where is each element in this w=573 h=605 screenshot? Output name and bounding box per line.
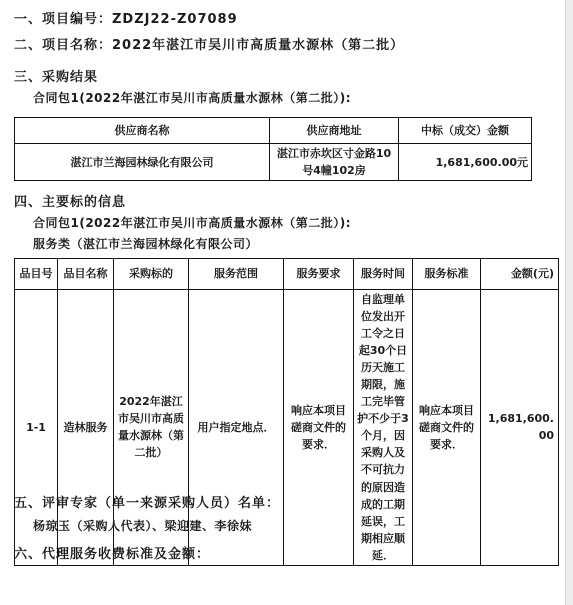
- service-time-cell: 自监理单位发出开工令之日起30个日历天施工期限，施工完毕管护不少于3个月，因采购…: [354, 290, 413, 566]
- service-category-line: 服务类（湛江市兰海园林绿化有限公司）: [33, 235, 258, 252]
- amount-header: 金额(元): [481, 259, 559, 290]
- amount-cell: 1,681,600.00: [481, 290, 559, 566]
- service-scope-header: 服务范围: [189, 259, 284, 290]
- subject-table-header-row: 品目号 品目名称 采购标的 服务范围 服务要求 服务时间 服务标准 金额(元): [15, 259, 559, 290]
- service-standard-header: 服务标准: [413, 259, 481, 290]
- service-time-header: 服务时间: [354, 259, 413, 290]
- section-project-number: 一、项目编号：ZDZJ22-Z07089: [14, 8, 238, 27]
- contract-package-line-2: 合同包1(2022年湛江市吴川市高质量水源林（第二批）):: [33, 214, 351, 231]
- section-main-subject-info: 四、主要标的信息: [14, 191, 126, 210]
- supplier-table-header-row: 供应商名称 供应商地址 中标（成交）金额: [15, 118, 532, 144]
- item-name-header: 品目名称: [58, 259, 114, 290]
- section-agency-fee-title: 六、代理服务收费标准及金额：: [14, 543, 210, 562]
- service-requirement-cell: 响应本项目磋商文件的要求．: [284, 290, 354, 566]
- supplier-address-cell: 湛江市赤坎区寸金路10号4幢102房: [270, 144, 399, 181]
- section-procurement-result: 三、采购结果: [14, 66, 98, 85]
- supplier-table-row: 湛江市兰海园林绿化有限公司 湛江市赤坎区寸金路10号4幢102房 1,681,6…: [15, 144, 532, 181]
- service-requirement-header: 服务要求: [284, 259, 354, 290]
- supplier-address-header: 供应商地址: [270, 118, 399, 144]
- item-no-header: 品目号: [15, 259, 58, 290]
- contract-package-line-1: 合同包1(2022年湛江市吴川市高质量水源林（第二批）):: [33, 89, 351, 106]
- service-standard-cell: 响应本项目磋商文件的要求．: [413, 290, 481, 566]
- supplier-name-cell: 湛江市兰海园林绿化有限公司: [15, 144, 270, 181]
- section-project-name: 二、项目名称：2022年湛江市吴川市高质量水源林（第二批）: [14, 34, 404, 53]
- subject-header: 采购标的: [114, 259, 189, 290]
- scrollbar-track[interactable]: [565, 0, 573, 605]
- experts-names-line: 杨琼玉（采购人代表）、梁迎建、李徐妹: [33, 517, 252, 534]
- supplier-table: 供应商名称 供应商地址 中标（成交）金额 湛江市兰海园林绿化有限公司 湛江市赤坎…: [14, 117, 532, 181]
- section-experts-title: 五、评审专家（单一来源采购人员）名单：: [14, 492, 280, 511]
- award-amount-cell: 1,681,600.00元: [399, 144, 532, 181]
- award-amount-header: 中标（成交）金额: [399, 118, 532, 144]
- supplier-name-header: 供应商名称: [15, 118, 270, 144]
